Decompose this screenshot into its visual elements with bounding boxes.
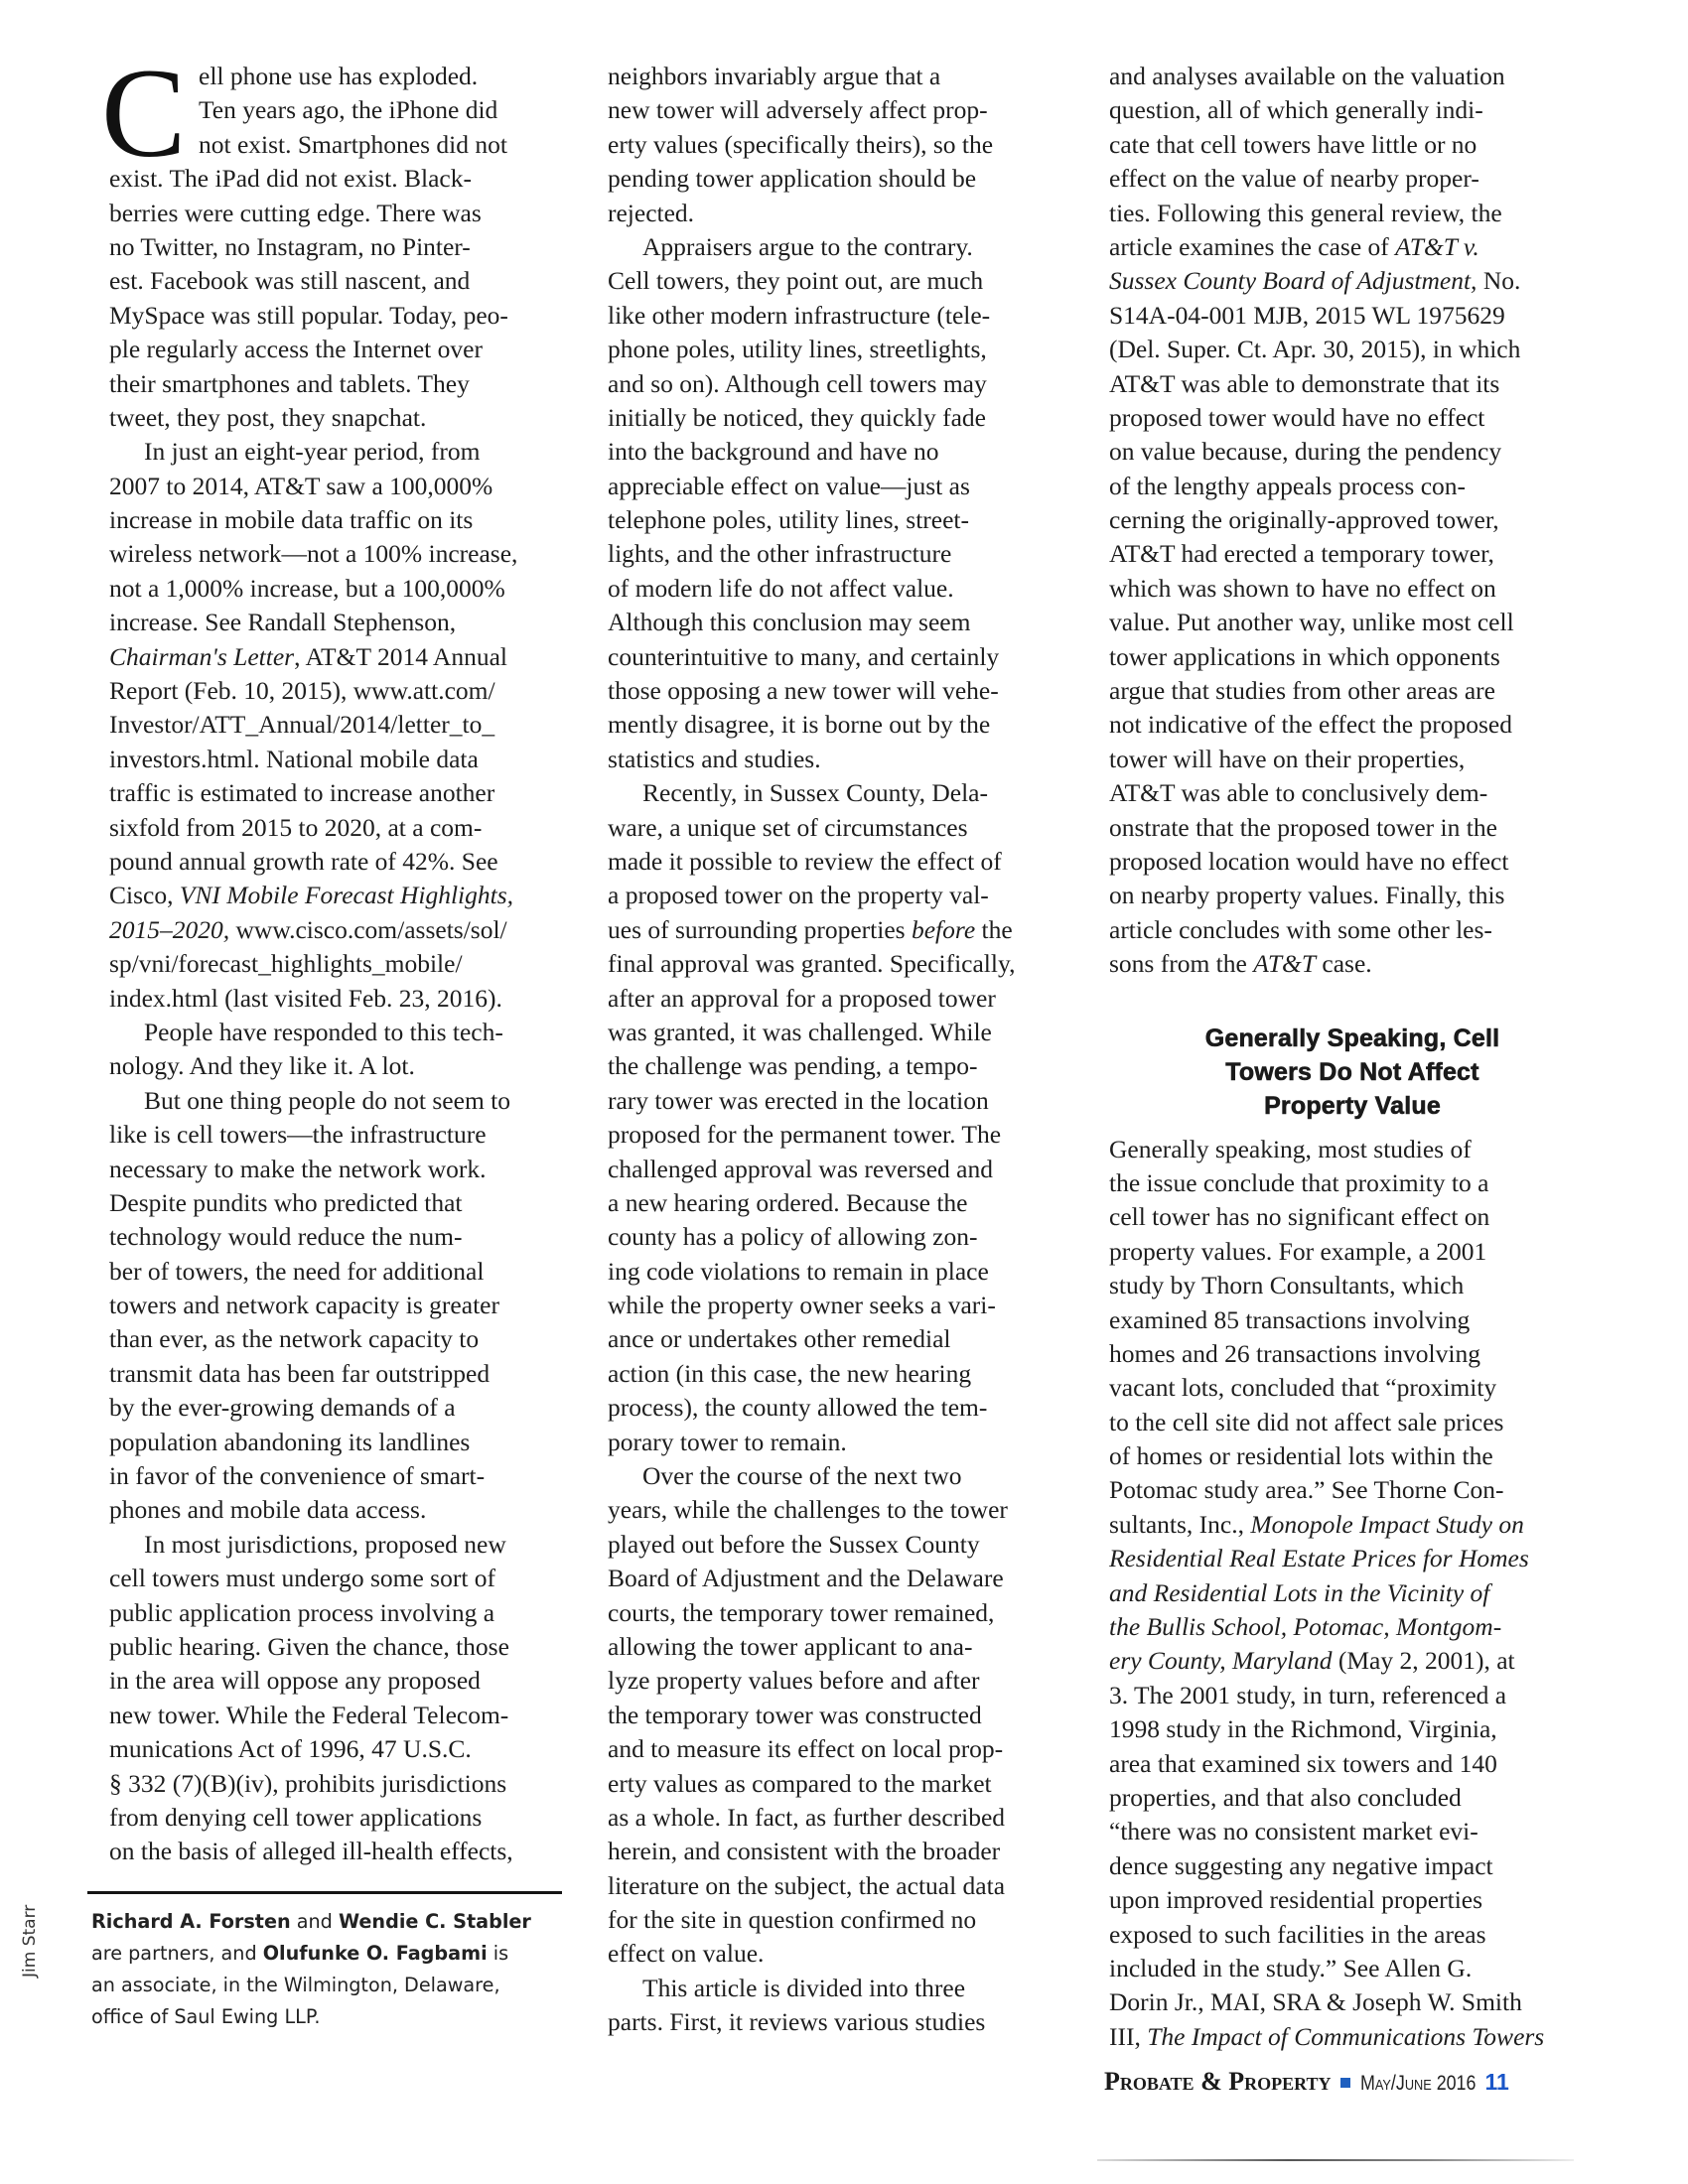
- text-line: included in the study.” See Allen G.: [1109, 1952, 1596, 1985]
- text-line: examined 85 transactions involving: [1109, 1303, 1596, 1337]
- text-line: counterintuitive to many, and certainly: [608, 640, 1084, 674]
- text-line: transmit data has been far outstripped: [109, 1357, 596, 1391]
- text-line: for the site in question confirmed no: [608, 1903, 1084, 1937]
- text-line: rary tower was erected in the location: [608, 1084, 1084, 1118]
- text-line: Cisco, VNI Mobile Forecast Highlights,: [109, 879, 596, 912]
- text-line: than ever, as the network capacity to: [109, 1322, 596, 1356]
- text-line: public application process involving a: [109, 1596, 596, 1630]
- text-line: not indicative of the effect the propose…: [1109, 708, 1596, 742]
- text-line: as a whole. In fact, as further describe…: [608, 1801, 1084, 1835]
- text-line: property values. For example, a 2001: [1109, 1235, 1596, 1269]
- text-line: III, The Impact of Communications Towers: [1109, 2020, 1596, 2054]
- text-line: traffic is estimated to increase another: [109, 776, 596, 810]
- text-line: to the cell site did not affect sale pri…: [1109, 1406, 1596, 1439]
- paragraph-start-line: People have responded to this tech-: [109, 1016, 596, 1049]
- text-line: cate that cell towers have little or no: [1109, 128, 1596, 162]
- text-line: Dorin Jr., MAI, SRA & Joseph W. Smith: [1109, 1985, 1596, 2019]
- text-line: ues of surrounding properties before the: [608, 913, 1084, 947]
- text-line: towers and network capacity is greater: [109, 1289, 596, 1322]
- paragraph-start-line: Recently, in Sussex County, Dela-: [608, 776, 1084, 810]
- author-name: Richard A. Forsten: [91, 1910, 291, 1933]
- text-line: article examines the case of AT&T v.: [1109, 230, 1596, 264]
- text-line: Although this conclusion may seem: [608, 606, 1084, 639]
- text-line: Residential Real Estate Prices for Homes: [1109, 1542, 1596, 1575]
- text-line: MySpace was still popular. Today, peo-: [109, 299, 596, 333]
- text-line: vacant lots, concluded that “proximity: [1109, 1371, 1596, 1405]
- article-column-right: and analyses available on the valuationq…: [1109, 60, 1596, 2054]
- article-intro: C ell phone use has exploded. Ten years …: [109, 60, 596, 162]
- text-line: cerning the originally-approved tower,: [1109, 503, 1596, 537]
- text-line: effect on value.: [608, 1937, 1084, 1971]
- text-line: phones and mobile data access.: [109, 1493, 596, 1527]
- text-line: mently disagree, it is borne out by the: [608, 708, 1084, 742]
- photo-credit: Jim Starr: [20, 1905, 40, 1978]
- text-line: tweet, they post, they snapchat.: [109, 401, 596, 435]
- text-line: proposed tower would have no effect: [1109, 401, 1596, 435]
- text-line: Investor/ATT_Annual/2014/letter_to_: [109, 708, 596, 742]
- text-line: Sussex County Board of Adjustment, No.: [1109, 264, 1596, 298]
- text-line: parts. First, it reviews various studies: [608, 2005, 1084, 2039]
- text-line: article concludes with some other les-: [1109, 913, 1596, 947]
- text-line: area that examined six towers and 140: [1109, 1747, 1596, 1781]
- bio-text: and: [291, 1910, 339, 1933]
- text-line: ery County, Maryland (May 2, 2001), at: [1109, 1644, 1596, 1678]
- text-line: the Bullis School, Potomac, Montgom-: [1109, 1610, 1596, 1644]
- text-line: 3. The 2001 study, in turn, referenced a: [1109, 1679, 1596, 1712]
- article-body-right-top: and analyses available on the valuationq…: [1109, 60, 1596, 982]
- text-line: neighbors invariably argue that a: [608, 60, 1084, 93]
- bio-text: an associate, in the Wilmington, Delawar…: [91, 1970, 588, 2001]
- text-line: proposed location would have no effect: [1109, 845, 1596, 879]
- text-line: necessary to make the network work.: [109, 1153, 596, 1186]
- text-line: “there was no consistent market evi-: [1109, 1815, 1596, 1848]
- text-line: berries were cutting edge. There was: [109, 197, 596, 230]
- text-line: wireless network—not a 100% increase,: [109, 537, 596, 571]
- text-line: and analyses available on the valuation: [1109, 60, 1596, 93]
- text-line: appreciable effect on value—just as: [608, 470, 1084, 503]
- text-line: erty values (specifically theirs), so th…: [608, 128, 1084, 162]
- text-line: nology. And they like it. A lot.: [109, 1049, 596, 1083]
- text-line: cell tower has no significant effect on: [1109, 1200, 1596, 1234]
- text-line: ple regularly access the Internet over: [109, 333, 596, 366]
- text-line: 2007 to 2014, AT&T saw a 100,000%: [109, 470, 596, 503]
- page-footer: Probate & Property May/June 2016 11: [1104, 2067, 1509, 2097]
- text-line: the challenge was pending, a tempo-: [608, 1049, 1084, 1083]
- text-line: Despite pundits who predicted that: [109, 1186, 596, 1220]
- text-line: 1998 study in the Richmond, Virginia,: [1109, 1712, 1596, 1746]
- text-line: sixfold from 2015 to 2020, at a com-: [109, 811, 596, 845]
- text-line: AT&T was able to conclusively dem-: [1109, 776, 1596, 810]
- paragraph-start-line: This article is divided into three: [608, 1972, 1084, 2005]
- text-line: on nearby property values. Finally, this: [1109, 879, 1596, 912]
- text-line: S14A-04-001 MJB, 2015 WL 1975629: [1109, 299, 1596, 333]
- text-line: Chairman's Letter, AT&T 2014 Annual: [109, 640, 596, 674]
- paragraph-start-line: Appraisers argue to the contrary.: [608, 230, 1084, 264]
- text-line: a new hearing ordered. Because the: [608, 1186, 1084, 1220]
- text-line: and Residential Lots in the Vicinity of: [1109, 1576, 1596, 1610]
- text-line: the temporary tower was constructed: [608, 1699, 1084, 1732]
- text-line: population abandoning its landlines: [109, 1426, 596, 1459]
- text-line: tower will have on their properties,: [1109, 743, 1596, 776]
- text-line: phone poles, utility lines, streetlights…: [608, 333, 1084, 366]
- text-line: exposed to such facilities in the areas: [1109, 1918, 1596, 1952]
- text-line: upon improved residential properties: [1109, 1883, 1596, 1917]
- author-name: Wendie C. Stabler: [339, 1910, 531, 1933]
- text-line: years, while the challenges to the tower: [608, 1493, 1084, 1527]
- text-line: rejected.: [608, 197, 1084, 230]
- text-line: cell towers must undergo some sort of: [109, 1562, 596, 1595]
- text-line: § 332 (7)(B)(iv), prohibits jurisdiction…: [109, 1767, 596, 1801]
- text-line: no Twitter, no Instagram, no Pinter-: [109, 230, 596, 264]
- text-line: the issue conclude that proximity to a: [1109, 1166, 1596, 1200]
- text-line: not a 1,000% increase, but a 100,000%: [109, 572, 596, 606]
- article-body-left: exist. The iPad did not exist. Black-ber…: [109, 162, 596, 1869]
- text-line: onstrate that the proposed tower in the: [1109, 811, 1596, 845]
- text-line: effect on the value of nearby proper-: [1109, 162, 1596, 196]
- text-line: a proposed tower on the property val-: [608, 879, 1084, 912]
- text-line: properties, and that also concluded: [1109, 1781, 1596, 1815]
- text-line: ance or undertakes other remedial: [608, 1322, 1084, 1356]
- heading-line: Property Value: [1109, 1089, 1596, 1123]
- author-name: Olufunke O. Fagbami: [263, 1942, 488, 1965]
- text-line: tower applications in which opponents: [1109, 640, 1596, 674]
- text-line: argue that studies from other areas are: [1109, 674, 1596, 708]
- text-line: statistics and studies.: [608, 743, 1084, 776]
- text-line: ties. Following this general review, the: [1109, 197, 1596, 230]
- issue-date: May/June 2016: [1360, 2072, 1476, 2096]
- text-line: of homes or residential lots within the: [1109, 1439, 1596, 1473]
- text-line: study by Thorn Consultants, which: [1109, 1269, 1596, 1302]
- text-line: county has a policy of allowing zon-: [608, 1220, 1084, 1254]
- text-line: Board of Adjustment and the Delaware: [608, 1562, 1084, 1595]
- text-line: telephone poles, utility lines, street-: [608, 503, 1084, 537]
- text-line: initially be noticed, they quickly fade: [608, 401, 1084, 435]
- text-line: after an approval for a proposed tower: [608, 982, 1084, 1016]
- paragraph-start-line: Over the course of the next two: [608, 1459, 1084, 1493]
- section-heading: Generally Speaking, Cell Towers Do Not A…: [1109, 1022, 1596, 1123]
- text-line: courts, the temporary tower remained,: [608, 1596, 1084, 1630]
- bio-divider: [87, 1891, 562, 1894]
- magazine-title: Probate & Property: [1104, 2067, 1331, 2097]
- text-line: literature on the subject, the actual da…: [608, 1869, 1084, 1903]
- text-line: pending tower application should be: [608, 162, 1084, 196]
- article-body-right-bottom: Generally speaking, most studies ofthe i…: [1109, 1133, 1596, 2055]
- text-line: public hearing. Given the chance, those: [109, 1630, 596, 1664]
- text-line: technology would reduce the num-: [109, 1220, 596, 1254]
- text-line: Potomac study area.” See Thorne Con-: [1109, 1473, 1596, 1507]
- text-line: pound annual growth rate of 42%. See: [109, 845, 596, 879]
- text-line: sons from the AT&T case.: [1109, 947, 1596, 981]
- text-line: AT&T had erected a temporary tower,: [1109, 537, 1596, 571]
- text-line: played out before the Sussex County: [608, 1528, 1084, 1562]
- article-body-middle: neighbors invariably argue that anew tow…: [608, 60, 1084, 2040]
- text-line: Cell towers, they point out, are much: [608, 264, 1084, 298]
- text-line: proposed for the permanent tower. The: [608, 1118, 1084, 1152]
- text-line: index.html (last visited Feb. 23, 2016).: [109, 982, 596, 1016]
- paragraph-start-line: But one thing people do not seem to: [109, 1084, 596, 1118]
- heading-line: Generally Speaking, Cell: [1109, 1022, 1596, 1055]
- article-column-left: C ell phone use has exploded. Ten years …: [109, 60, 596, 1869]
- text-line: which was shown to have no effect on: [1109, 572, 1596, 606]
- text-line: made it possible to review the effect of: [608, 845, 1084, 879]
- text-line: sultants, Inc., Monopole Impact Study on: [1109, 1508, 1596, 1542]
- paragraph-start-line: In most jurisdictions, proposed new: [109, 1528, 596, 1562]
- text-line: final approval was granted. Specifically…: [608, 947, 1084, 981]
- text-line: in the area will oppose any proposed: [109, 1664, 596, 1698]
- text-line: investors.html. National mobile data: [109, 743, 596, 776]
- text-line: est. Facebook was still nascent, and: [109, 264, 596, 298]
- text-line: ware, a unique set of circumstances: [608, 811, 1084, 845]
- text-line: 2015–2020, www.cisco.com/assets/sol/: [109, 913, 596, 947]
- text-line: increase in mobile data traffic on its: [109, 503, 596, 537]
- bio-text: office of Saul Ewing LLP.: [91, 2001, 588, 2033]
- text-line: on value because, during the pendency: [1109, 435, 1596, 469]
- text-line: their smartphones and tablets. They: [109, 367, 596, 401]
- drop-cap: C: [101, 58, 186, 169]
- text-line: ber of towers, the need for additional: [109, 1255, 596, 1289]
- text-line: and so on). Although cell towers may: [608, 367, 1084, 401]
- text-line: like is cell towers—the infrastructure: [109, 1118, 596, 1152]
- text-line: Generally speaking, most studies of: [1109, 1133, 1596, 1166]
- text-line: into the background and have no: [608, 435, 1084, 469]
- text-line: while the property owner seeks a vari-: [608, 1289, 1084, 1322]
- article-column-middle: neighbors invariably argue that anew tow…: [608, 60, 1084, 2040]
- text-line: by the ever-growing demands of a: [109, 1391, 596, 1425]
- text-line: porary tower to remain.: [608, 1426, 1084, 1459]
- text-line: sp/vni/forecast_highlights_mobile/: [109, 947, 596, 981]
- text-line: lyze property values before and after: [608, 1664, 1084, 1698]
- text-line: new tower will adversely affect prop-: [608, 93, 1084, 127]
- text-line: (Del. Super. Ct. Apr. 30, 2015), in whic…: [1109, 333, 1596, 366]
- text-line: Report (Feb. 10, 2015), www.att.com/: [109, 674, 596, 708]
- text-line: dence suggesting any negative impact: [1109, 1849, 1596, 1883]
- text-line: from denying cell tower applications: [109, 1801, 596, 1835]
- author-bio: Richard A. Forsten and Wendie C. Stabler…: [91, 1906, 588, 2033]
- square-bullet-icon: [1340, 2078, 1350, 2088]
- text-line: of modern life do not affect value.: [608, 572, 1084, 606]
- text-line: question, all of which generally indi-: [1109, 93, 1596, 127]
- text-line: value. Put another way, unlike most cell: [1109, 606, 1596, 639]
- text-line: was granted, it was challenged. While: [608, 1016, 1084, 1049]
- text-line: on the basis of alleged ill-health effec…: [109, 1835, 596, 1868]
- text-line: process), the county allowed the tem-: [608, 1391, 1084, 1425]
- text-line: erty values as compared to the market: [608, 1767, 1084, 1801]
- text-line: herein, and consistent with the broader: [608, 1835, 1084, 1868]
- text-line: like other modern infrastructure (tele-: [608, 299, 1084, 333]
- text-line: action (in this case, the new hearing: [608, 1357, 1084, 1391]
- text-line: increase. See Randall Stephenson,: [109, 606, 596, 639]
- page-number: 11: [1484, 2069, 1508, 2096]
- text-line: new tower. While the Federal Telecom-: [109, 1699, 596, 1732]
- text-line: those opposing a new tower will vehe-: [608, 674, 1084, 708]
- text-line: of the lengthy appeals process con-: [1109, 470, 1596, 503]
- text-line: allowing the tower applicant to ana-: [608, 1630, 1084, 1664]
- text-line: challenged approval was reversed and: [608, 1153, 1084, 1186]
- heading-line: Towers Do Not Affect: [1109, 1055, 1596, 1089]
- text-line: munications Act of 1996, 47 U.S.C.: [109, 1732, 596, 1766]
- paragraph-start-line: In just an eight-year period, from: [109, 435, 596, 469]
- text-line: lights, and the other infrastructure: [608, 537, 1084, 571]
- bio-text: is: [488, 1942, 508, 1965]
- text-line: homes and 26 transactions involving: [1109, 1337, 1596, 1371]
- footer-rule: [1097, 2159, 1574, 2161]
- text-line: AT&T was able to demonstrate that its: [1109, 367, 1596, 401]
- text-line: ing code violations to remain in place: [608, 1255, 1084, 1289]
- text-line: in favor of the convenience of smart-: [109, 1459, 596, 1493]
- bio-text: are partners, and: [91, 1942, 263, 1965]
- text-line: and to measure its effect on local prop-: [608, 1732, 1084, 1766]
